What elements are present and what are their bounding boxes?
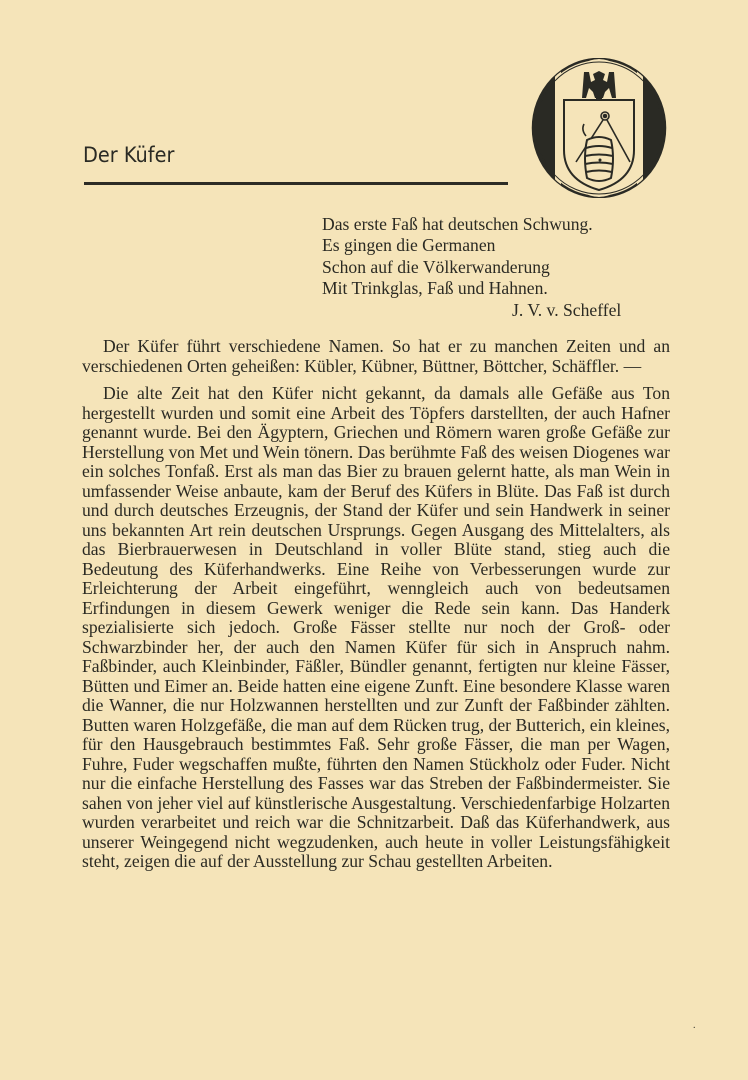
paragraph-history: Die alte Zeit hat den Küfer nicht gekann… (82, 384, 670, 872)
page-title: Der Küfer (83, 143, 174, 167)
poem-line: Das erste Faß hat deutschen Schwung. (322, 214, 621, 235)
poem-line: Mit Trinkglas, Faß und Hahnen. (322, 278, 621, 299)
poem-line: Schon auf die Völkerwanderung (322, 257, 621, 278)
print-speck: . (693, 1020, 697, 1026)
article-body: Der Küfer führt verschiedene Namen. So h… (82, 337, 670, 872)
paragraph-names: Der Küfer führt verschiedene Namen. So h… (82, 337, 670, 376)
poem-line: Es gingen die Germanen (322, 235, 621, 256)
guild-emblem-icon (529, 58, 669, 198)
title-divider (84, 182, 508, 185)
document-page: Der Küfer (0, 0, 748, 1080)
poem-author: J. V. v. Scheffel (322, 300, 621, 321)
epigraph-poem: Das erste Faß hat deutschen Schwung. Es … (322, 214, 621, 321)
